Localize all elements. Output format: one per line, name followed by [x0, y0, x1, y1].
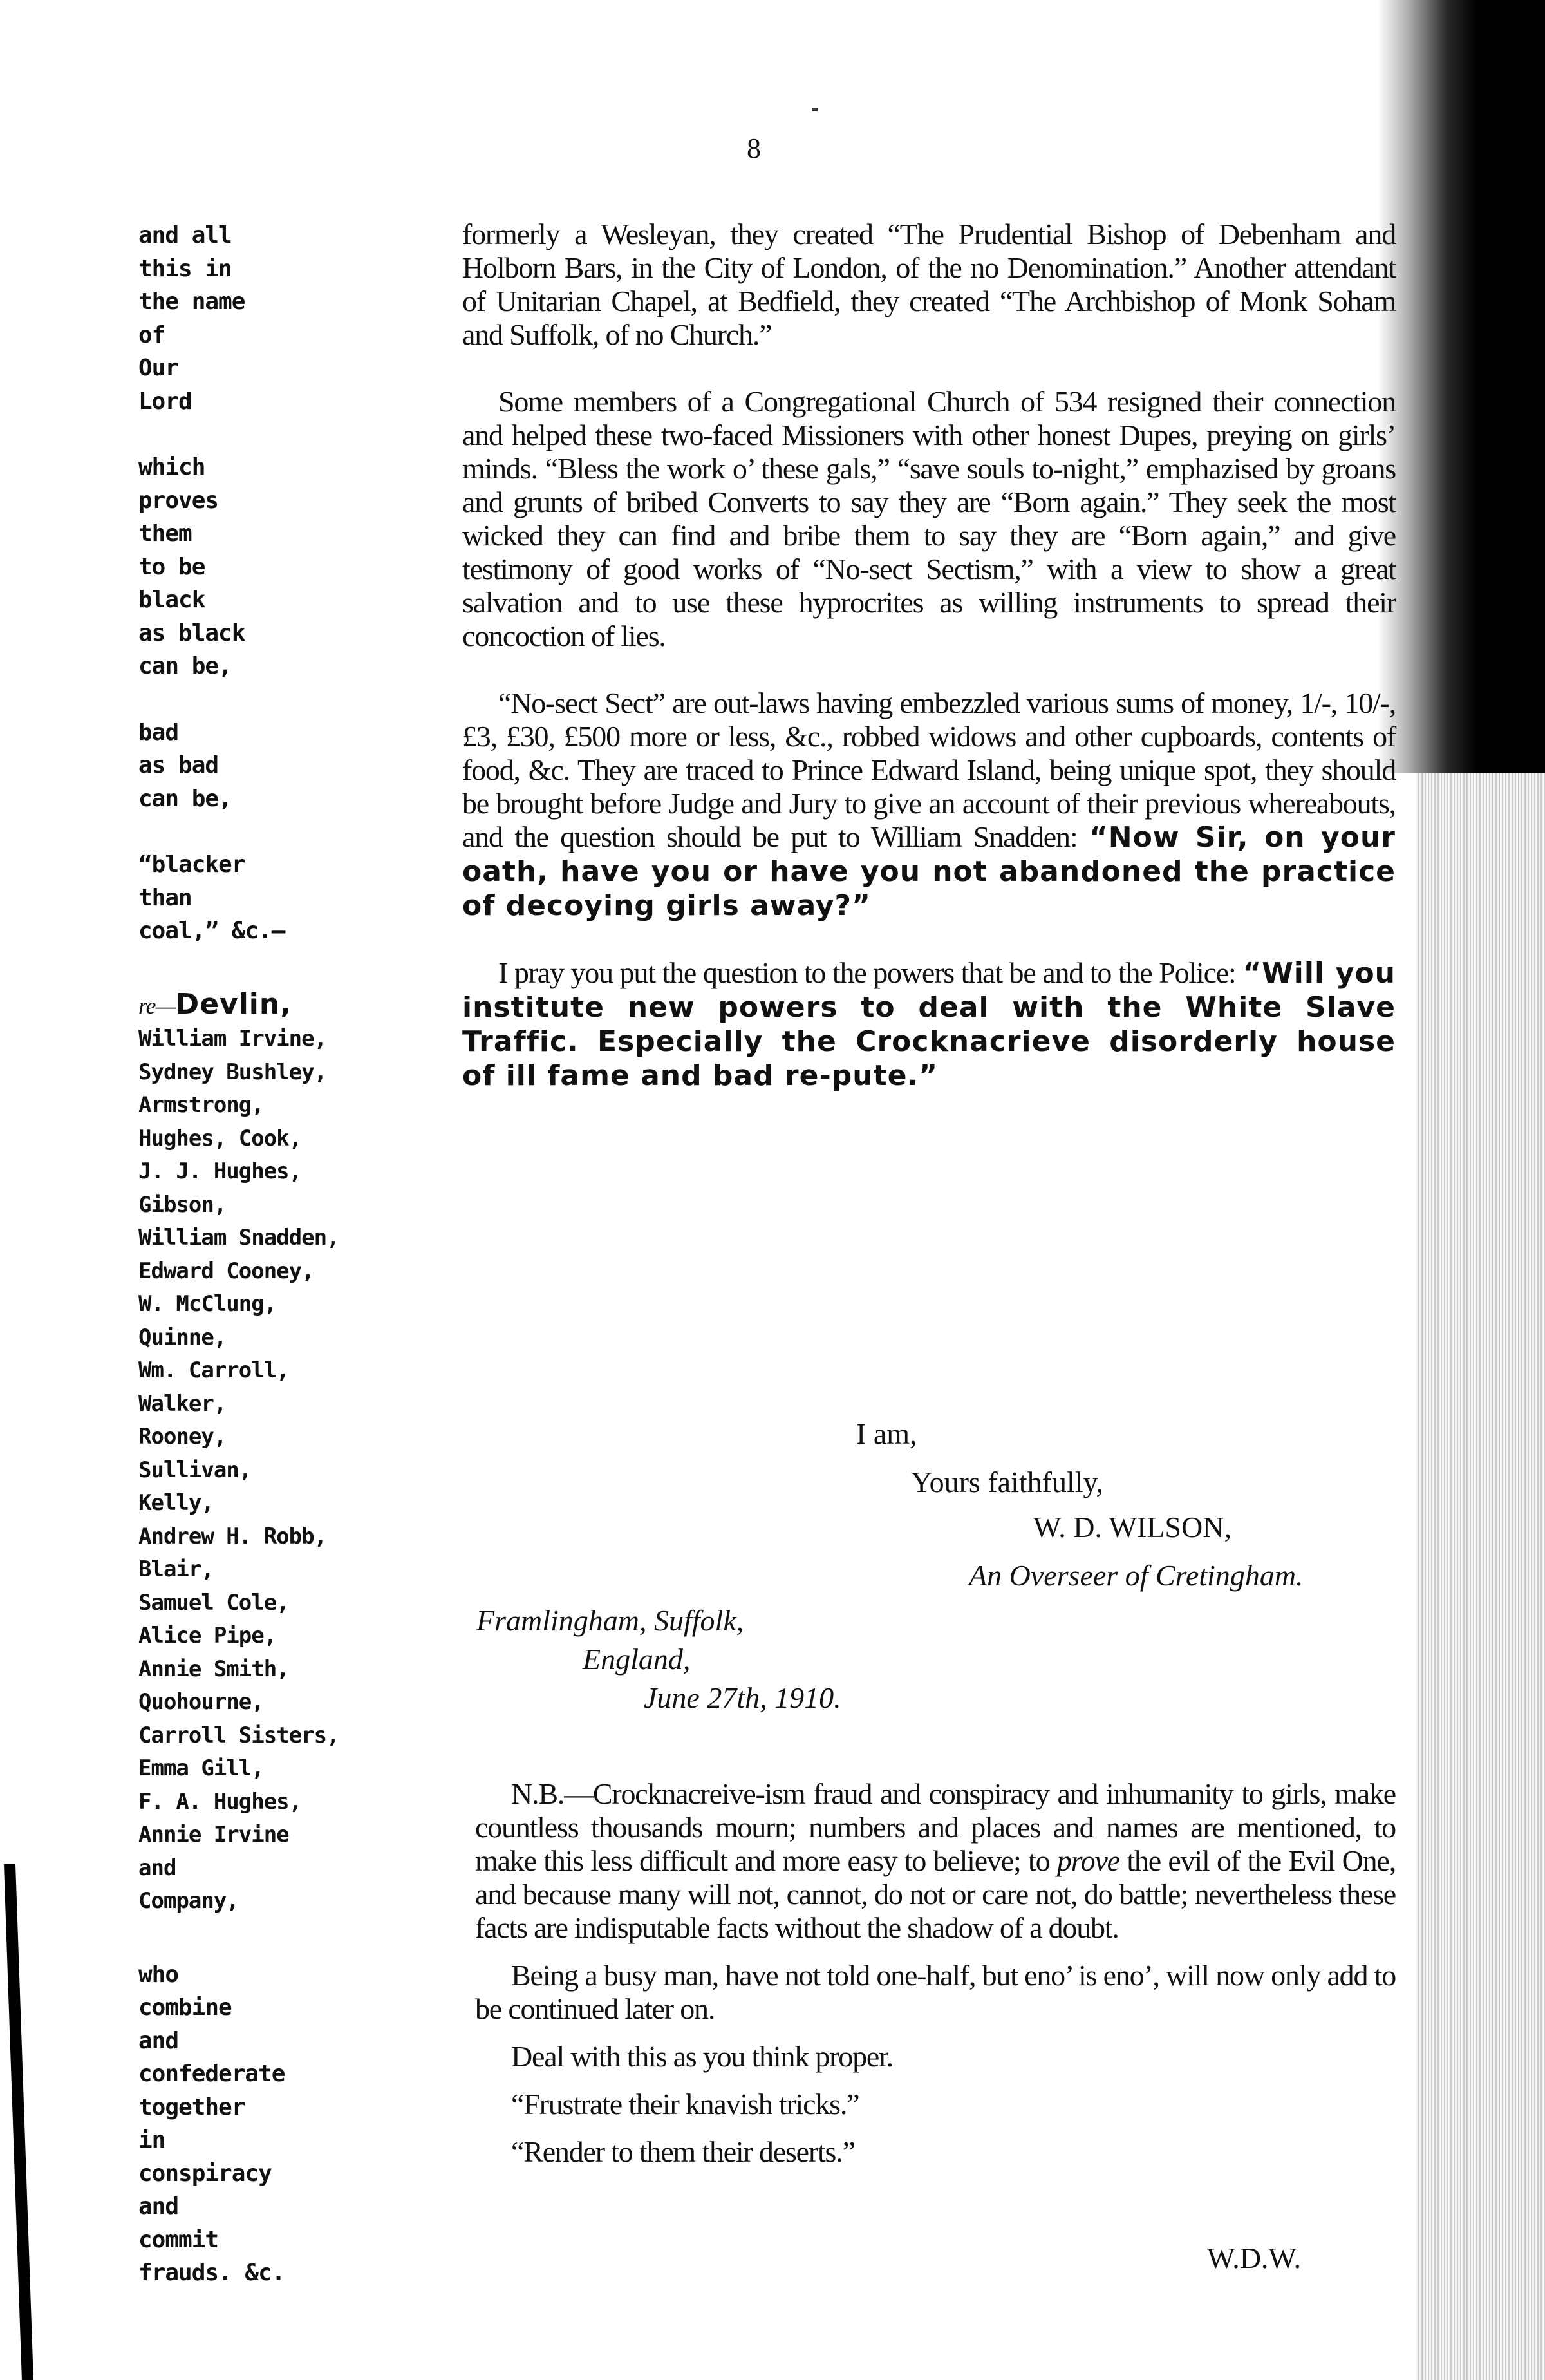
name-item: Samuel Cole,	[138, 1587, 441, 1620]
margin-line: and	[138, 2025, 441, 2058]
paragraph-wesleyan: formerly a Wesleyan, they created “The P…	[462, 218, 1396, 352]
margin-line: and all	[138, 219, 441, 252]
render-line: “Render to them their deserts.”	[475, 2135, 1396, 2169]
margin-line: and	[138, 2190, 441, 2224]
name-item: Carroll Sisters,	[138, 1719, 441, 1753]
scan-shadow-right-lower	[1416, 773, 1545, 2380]
name-item: Edward Cooney,	[138, 1255, 441, 1289]
signature-title: An Overseer of Cretingham.	[969, 1558, 1304, 1592]
name-item: Quohourne,	[138, 1686, 441, 1719]
margin-line: can be,	[138, 782, 441, 816]
re-prefix: re—	[138, 993, 176, 1019]
margin-line: them	[138, 517, 441, 551]
margin-line: “blacker	[138, 848, 441, 882]
scan-shadow-right	[1378, 0, 1545, 773]
name-item: Annie Irvine	[138, 1818, 441, 1852]
scan-speck	[812, 108, 818, 111]
name-item: F. A. Hughes,	[138, 1786, 441, 1819]
busy-paragraph: Being a busy man, have not told one-half…	[475, 1959, 1396, 2026]
closing-yours-faithfully: Yours faithfully,	[911, 1465, 1103, 1499]
margin-line: together	[138, 2091, 441, 2124]
margin-line: combine	[138, 1991, 441, 2025]
margin-line: conspiracy	[138, 2157, 441, 2191]
margin-line: to be	[138, 551, 441, 584]
name-item: W. McClung,	[138, 1288, 441, 1321]
margin-block-2: which proves them to be black as black c…	[138, 451, 441, 683]
margin-block-5: who combine and confederate together in …	[138, 1958, 441, 2290]
margin-block-3: bad as bad can be,	[138, 716, 441, 816]
paragraph-congregational: Some members of a Congregational Church …	[462, 385, 1396, 653]
address-country: England,	[583, 1642, 690, 1676]
paragraph-no-sect: “No-sect Sect” are out-laws having embez…	[462, 686, 1396, 923]
name-item: Annie Smith,	[138, 1653, 441, 1686]
name-item: William Snadden,	[138, 1222, 441, 1255]
name-item: Wm. Carroll,	[138, 1354, 441, 1388]
letter-body: formerly a Wesleyan, they created “The P…	[462, 218, 1396, 1093]
name-item: Hughes, Cook,	[138, 1122, 441, 1156]
name-item: Andrew H. Robb,	[138, 1520, 441, 1554]
margin-line: this in	[138, 252, 441, 286]
margin-block-1: and all this in the name of Our Lord	[138, 219, 441, 418]
margin-line: in	[138, 2124, 441, 2157]
closing-i-am: I am,	[856, 1417, 917, 1451]
signature-name: W. D. WILSON,	[1033, 1510, 1231, 1544]
letter-date: June 27th, 1910.	[644, 1681, 841, 1715]
name-item: Alice Pipe,	[138, 1620, 441, 1653]
nb-paragraph: N.B.—Crocknacreive-ism fraud and conspir…	[475, 1777, 1396, 1945]
margin-line: coal,” &c.—	[138, 914, 441, 948]
name-item: Emma Gill,	[138, 1752, 441, 1786]
name-item: and	[138, 1852, 441, 1885]
deal-line: Deal with this as you think proper.	[475, 2040, 1396, 2073]
name-item: Kelly,	[138, 1487, 441, 1520]
margin-line: Lord	[138, 385, 441, 419]
margin-line: black	[138, 583, 441, 617]
margin-line: who	[138, 1958, 441, 1992]
name-item: J. J. Hughes,	[138, 1155, 441, 1189]
name-item: Gibson,	[138, 1189, 441, 1222]
margin-line: which	[138, 451, 441, 484]
margin-notes: and all this in the name of Our Lord whi…	[138, 219, 441, 2290]
margin-line: frauds. &c.	[138, 2256, 441, 2290]
name-item: Sullivan,	[138, 1454, 441, 1487]
margin-line: than	[138, 882, 441, 915]
margin-line: bad	[138, 716, 441, 750]
name-item: William Irvine,	[138, 1023, 441, 1056]
name-item: Blair,	[138, 1553, 441, 1587]
paragraph-police: I pray you put the question to the power…	[462, 956, 1396, 1093]
margin-line: as bad	[138, 749, 441, 782]
name-item: Sydney Bushley,	[138, 1056, 441, 1090]
re-devlin-heading: re—Devlin,	[138, 988, 441, 1023]
margin-line: the name	[138, 285, 441, 319]
name-item: Walker,	[138, 1388, 441, 1421]
margin-line: confederate	[138, 2057, 441, 2091]
page-number: 8	[747, 132, 761, 165]
name-item: Armstrong,	[138, 1089, 441, 1122]
names-list: William Irvine, Sydney Bushley, Armstron…	[138, 1023, 441, 1918]
frustrate-line: “Frustrate their knavish tricks.”	[475, 2088, 1396, 2121]
scan-edge-line-left	[4, 1864, 33, 2380]
name-item: Rooney,	[138, 1421, 441, 1454]
margin-line: Our	[138, 352, 441, 385]
margin-line: can be,	[138, 650, 441, 683]
address-town: Framlingham, Suffolk,	[476, 1603, 744, 1638]
margin-block-4: “blacker than coal,” &c.—	[138, 848, 441, 948]
margin-line: proves	[138, 484, 441, 518]
postscript: N.B.—Crocknacreive-ism fraud and conspir…	[475, 1777, 1396, 2169]
devlin-name: Devlin,	[176, 988, 292, 1021]
initials: W.D.W.	[1207, 2241, 1301, 2275]
margin-line: commit	[138, 2224, 441, 2257]
paragraph-police-text: I pray you put the question to the power…	[498, 956, 1236, 989]
margin-line: as black	[138, 617, 441, 650]
name-item: Quinne,	[138, 1321, 441, 1355]
nb-italic-word: prove	[1057, 1844, 1119, 1877]
margin-line: of	[138, 319, 441, 352]
name-item: Company,	[138, 1885, 441, 1918]
